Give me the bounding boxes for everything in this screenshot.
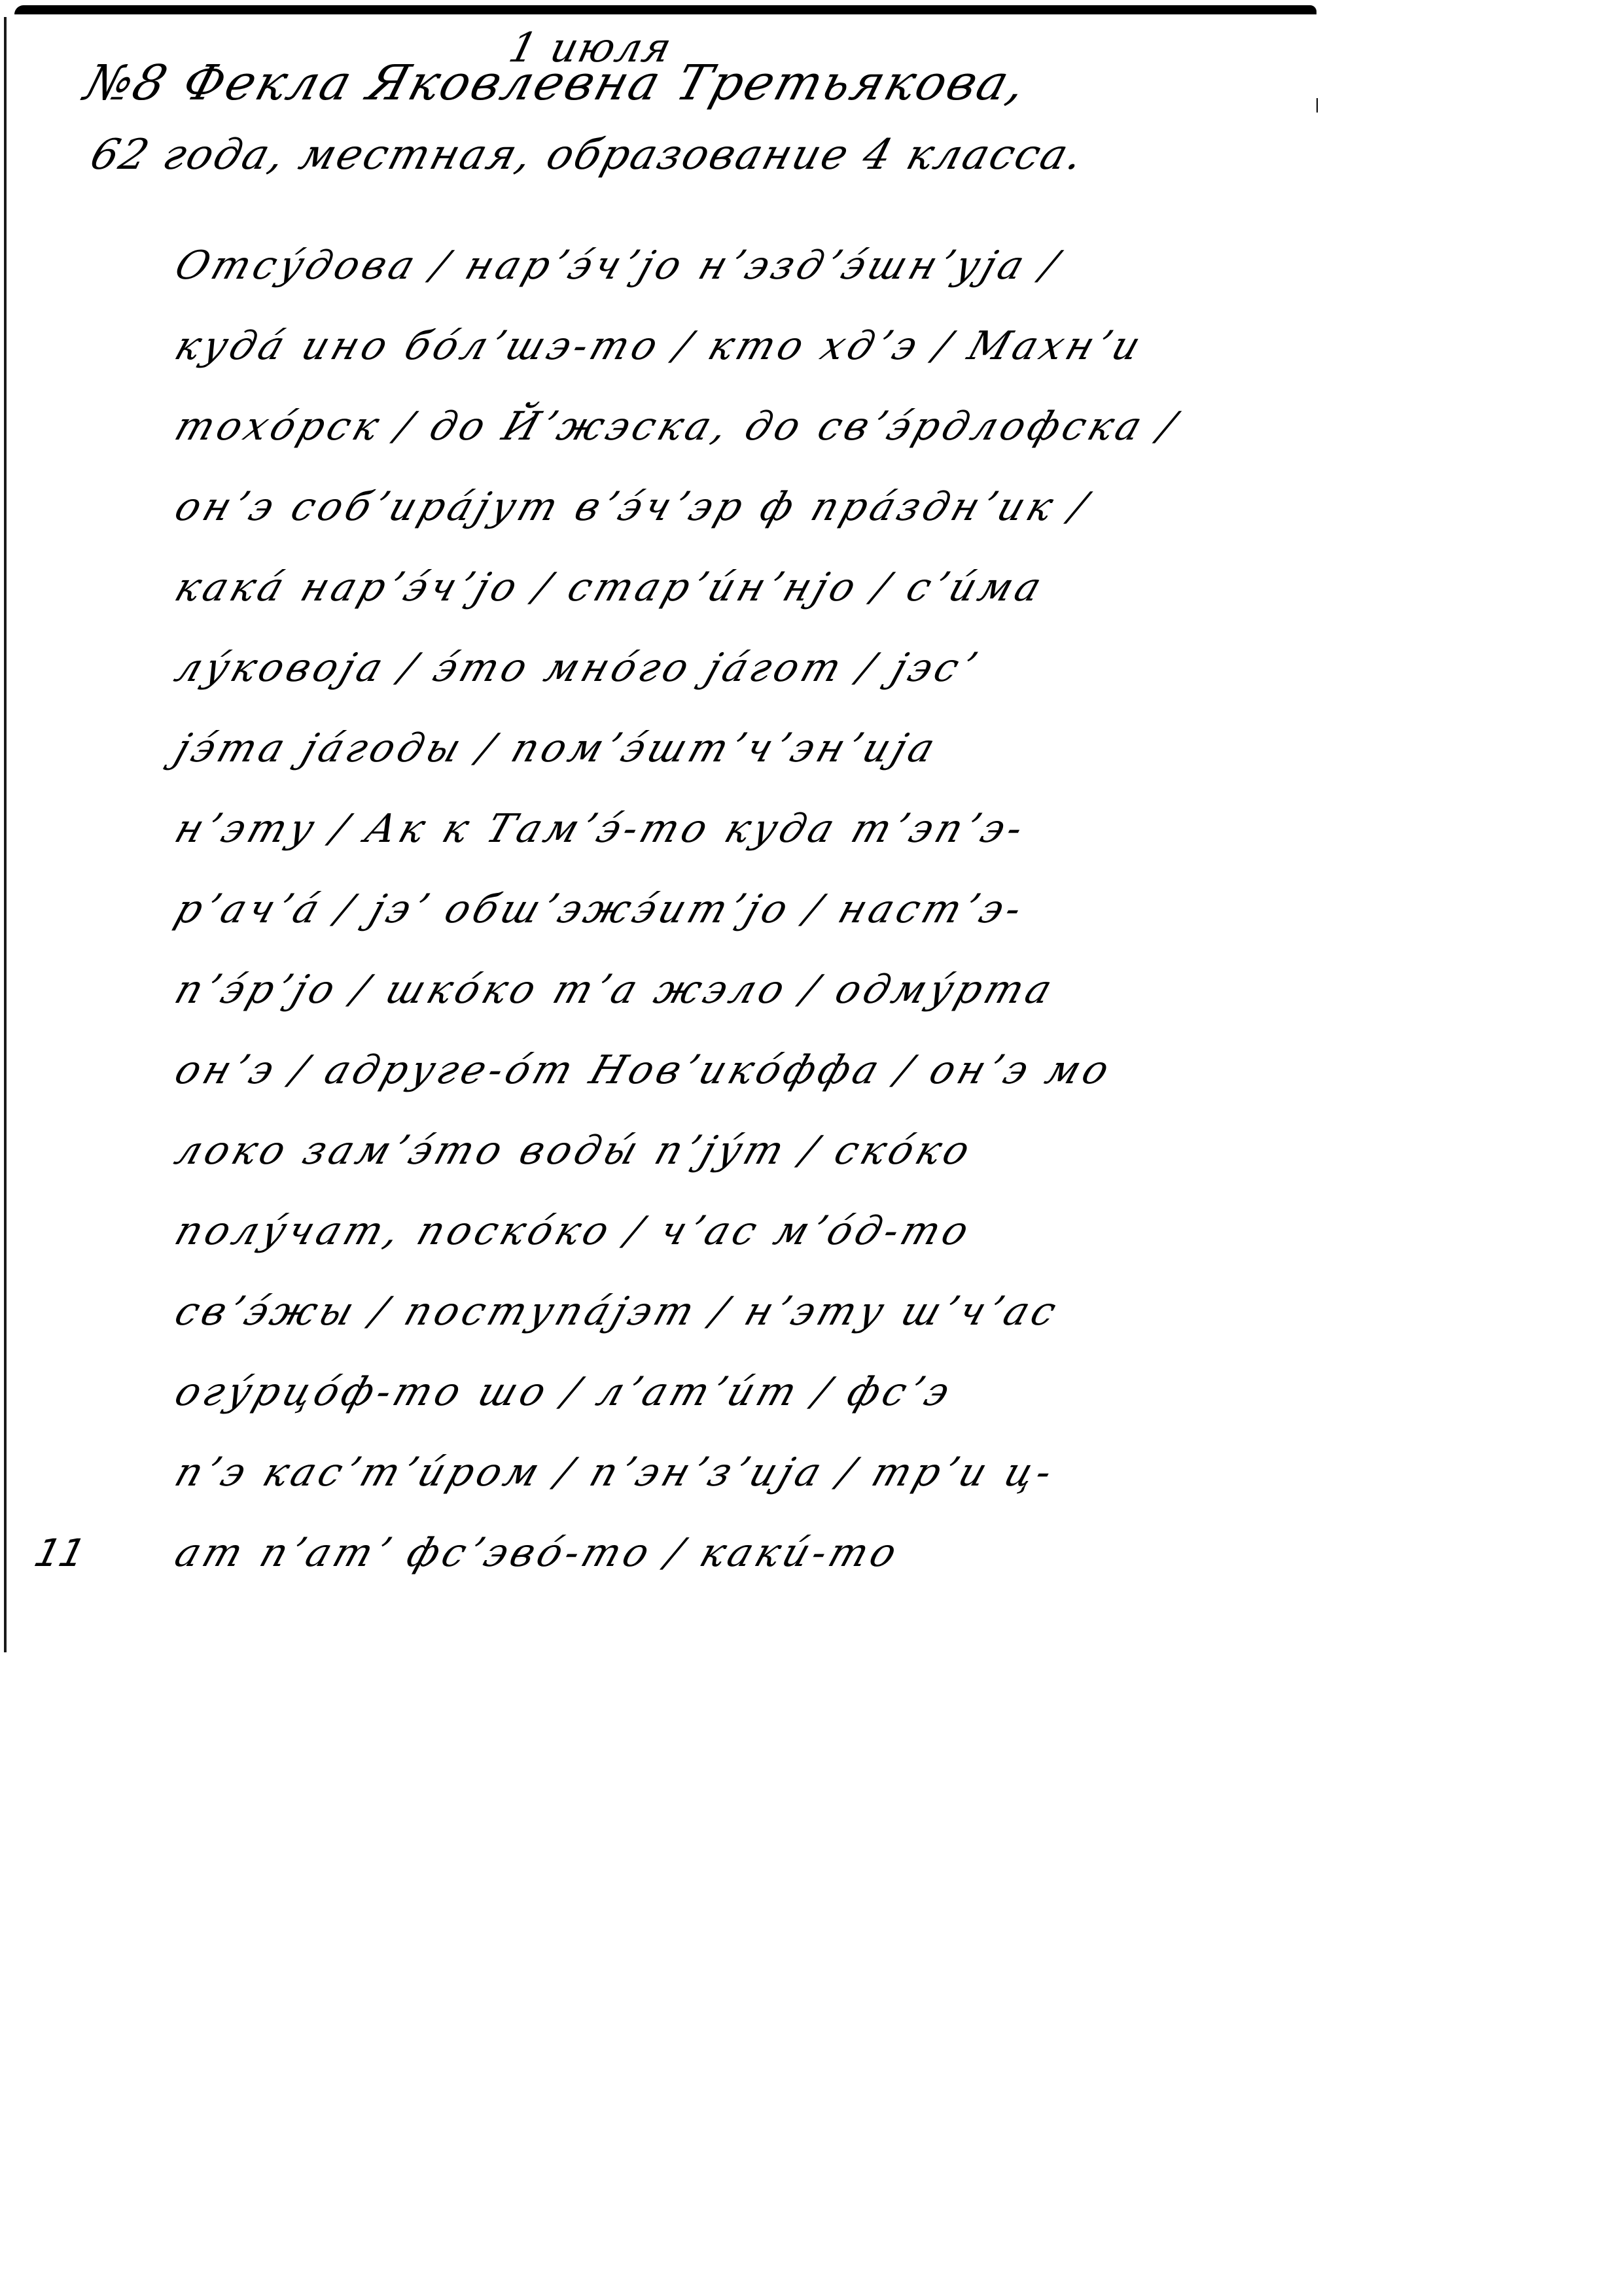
text-line: ат пʼатʼ фсʼэво́-то / каки́-то <box>164 1513 1354 1593</box>
text-line: кака́ нарʼэ́чʼјо / старʼи́нʼнјо / сʼи́ма <box>164 548 1354 628</box>
margin-mark <box>1316 98 1318 113</box>
page-top-border <box>14 5 1316 14</box>
page-number: 11 <box>31 1531 90 1575</box>
text-line: нʼэту / Ак к Тамʼэ́-то куда тʼэпʼэ- <box>164 789 1354 869</box>
text-line: свʼэ́жы / поступа́јэт / нʼэту шʼчʼас <box>164 1272 1354 1352</box>
text-line: онʼэ / адруге-о́т Новʼико́ффа / онʼэ мо <box>164 1030 1354 1111</box>
text-line: пʼэ касʼтʼи́ром / пʼэнʼзʼија / трʼи ц- <box>164 1433 1354 1513</box>
text-line: полу́чат, поско́ко / чʼас мʼо́д-то <box>164 1191 1354 1272</box>
text-line: јэ́та ја́годы / помʼэ́штʼчʼэнʼија <box>164 708 1354 789</box>
text-line: онʼэ собʼира́јут вʼэ́чʼэр ф пра́зднʼик / <box>164 467 1354 548</box>
text-line: огу́рцо́ф-то шо / лʼатʼи́т / фсʼэ <box>164 1352 1354 1433</box>
page-left-border <box>4 17 7 1652</box>
transcription-body: Отсу́дова / нарʼэ́чʼјо нʼэздʼэ́шнʼуја / … <box>164 226 1328 1593</box>
text-line: рʼачʼа́ / јэʼ обшʼэжэ́итʼјо / настʼэ- <box>164 869 1354 950</box>
text-line: пʼэ́рʼјо / шко́ко тʼа жэло / одму́рта <box>164 950 1354 1030</box>
text-line: локо замʼэ́то воды́ пʼју́т / ско́ко <box>164 1111 1354 1191</box>
informant-name-line: №8 Фекла Яковлевна Третьякова, <box>79 55 1034 111</box>
text-line: куда́ ино бо́лʼшэ-то / кто хдʼэ / Махнʼи <box>164 306 1354 387</box>
text-line: Отсу́дова / нарʼэ́чʼјо нʼэздʼэ́шнʼуја / <box>164 226 1354 306</box>
text-line: тохо́рск / до Йʼжэска, до свʼэ́рдлофска … <box>164 387 1354 467</box>
manuscript-page: 1 июля №8 Фекла Яковлевна Третьякова, 62… <box>0 0 1607 1655</box>
text-line: лу́ковоја / э́то мно́го ја́гот / јэсʼ <box>164 628 1354 708</box>
informant-info-line: 62 года, местная, образование 4 класса. <box>85 131 1091 179</box>
